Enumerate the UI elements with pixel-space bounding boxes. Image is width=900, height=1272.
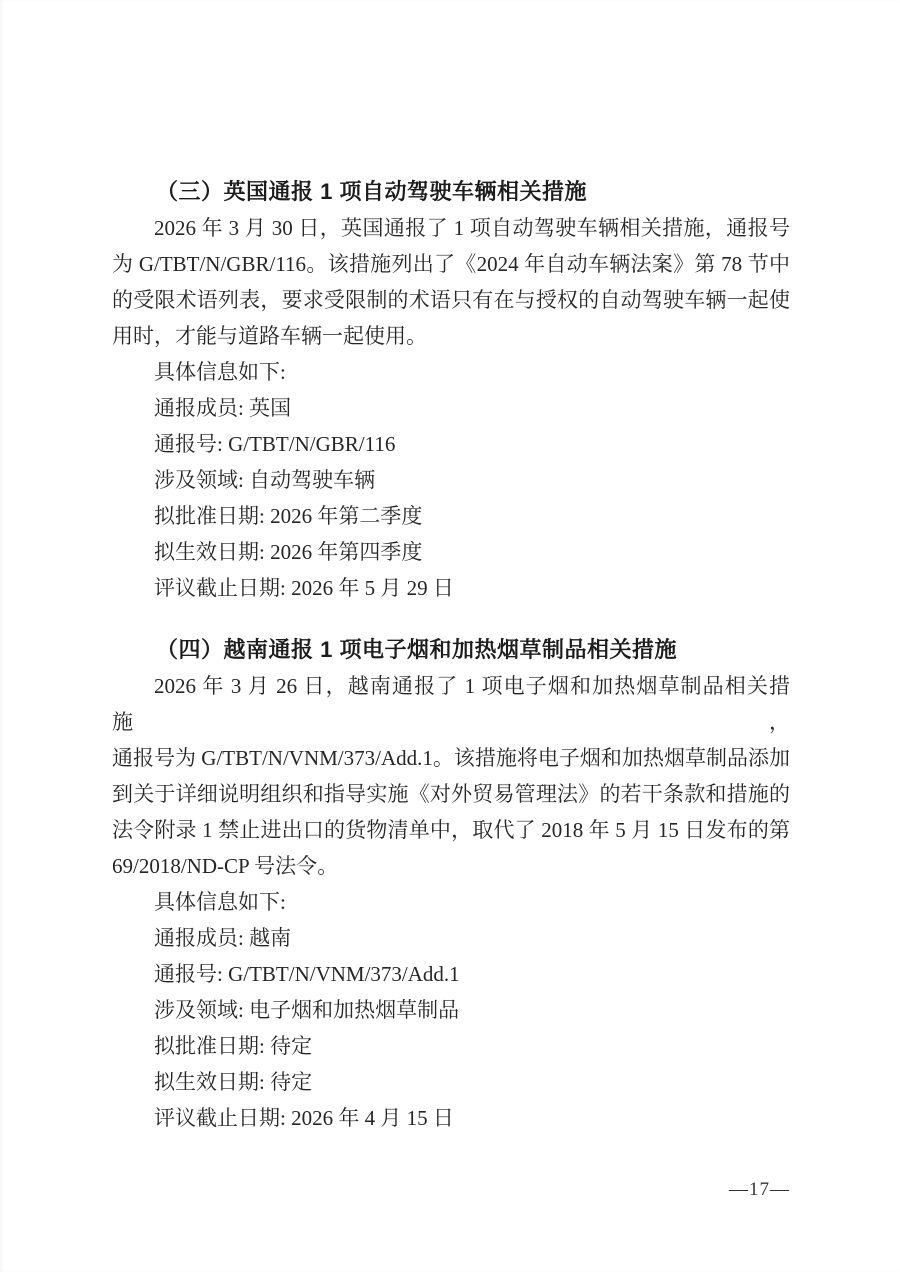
detail-comment-deadline: 评议截止日期: 2026 年 4 月 15 日 — [112, 1100, 790, 1136]
detail-field: 涉及领域: 自动驾驶车辆 — [112, 462, 790, 498]
detail-comment-deadline: 评议截止日期: 2026 年 5 月 29 日 — [112, 570, 790, 606]
paragraph-line: 2026 年 3 月 30 日，英国通报了 1 项自动驾驶车辆相关措施，通报号 — [112, 210, 790, 246]
paragraph-line: 用时，才能与道路车辆一起使用。 — [112, 318, 790, 354]
detail-proposed-entry-date: 拟生效日期: 2026 年第四季度 — [112, 534, 790, 570]
section-4-details: 具体信息如下: 通报成员: 越南 通报号: G/TBT/N/VNM/373/Ad… — [112, 884, 790, 1136]
detail-notification-number: 通报号: G/TBT/N/VNM/373/Add.1 — [112, 956, 790, 992]
paragraph-line: 法令附录 1 禁止进出口的货物清单中，取代了 2018 年 5 月 15 日发布… — [112, 812, 790, 848]
paragraph-line: 为 G/TBT/N/GBR/116。该措施列出了《2024 年自动车辆法案》第 … — [112, 246, 790, 282]
detail-proposed-adoption-date: 拟批准日期: 2026 年第二季度 — [112, 498, 790, 534]
section-heading-4: （四）越南通报 1 项电子烟和加热烟草制品相关措施 — [112, 632, 790, 668]
section-vietnam-notification: （四）越南通报 1 项电子烟和加热烟草制品相关措施 2026 年 3 月 26 … — [112, 632, 790, 1136]
paragraph-line: 69/2018/ND-CP 号法令。 — [112, 848, 790, 884]
paragraph-line: 的受限术语列表，要求受限制的术语只有在与授权的自动驾驶车辆一起使 — [112, 282, 790, 318]
detail-notification-number: 通报号: G/TBT/N/GBR/116 — [112, 426, 790, 462]
page-number: —17— — [729, 1179, 790, 1201]
document-content: （三）英国通报 1 项自动驾驶车辆相关措施 2026 年 3 月 30 日，英国… — [112, 174, 790, 1136]
detail-intro: 具体信息如下: — [112, 354, 790, 390]
section-4-paragraph: 2026 年 3 月 26 日，越南通报了 1 项电子烟和加热烟草制品相关措施，… — [112, 668, 790, 884]
detail-notifying-member: 通报成员: 英国 — [112, 390, 790, 426]
detail-proposed-adoption-date: 拟批准日期: 待定 — [112, 1028, 790, 1064]
paragraph-line: 2026 年 3 月 26 日，越南通报了 1 项电子烟和加热烟草制品相关措施， — [112, 668, 790, 740]
detail-notifying-member: 通报成员: 越南 — [112, 920, 790, 956]
detail-proposed-entry-date: 拟生效日期: 待定 — [112, 1064, 790, 1100]
section-3-paragraph: 2026 年 3 月 30 日，英国通报了 1 项自动驾驶车辆相关措施，通报号 … — [112, 210, 790, 354]
detail-intro: 具体信息如下: — [112, 884, 790, 920]
section-3-details: 具体信息如下: 通报成员: 英国 通报号: G/TBT/N/GBR/116 涉及… — [112, 354, 790, 606]
section-uk-notification: （三）英国通报 1 项自动驾驶车辆相关措施 2026 年 3 月 30 日，英国… — [112, 174, 790, 606]
paragraph-line: 到关于详细说明组织和指导实施《对外贸易管理法》的若干条款和措施的 — [112, 776, 790, 812]
document-page: （三）英国通报 1 项自动驾驶车辆相关措施 2026 年 3 月 30 日，英国… — [0, 0, 900, 1272]
detail-field: 涉及领域: 电子烟和加热烟草制品 — [112, 992, 790, 1028]
section-heading-3: （三）英国通报 1 项自动驾驶车辆相关措施 — [112, 174, 790, 210]
paragraph-line: 通报号为 G/TBT/N/VNM/373/Add.1。该措施将电子烟和加热烟草制… — [112, 740, 790, 776]
